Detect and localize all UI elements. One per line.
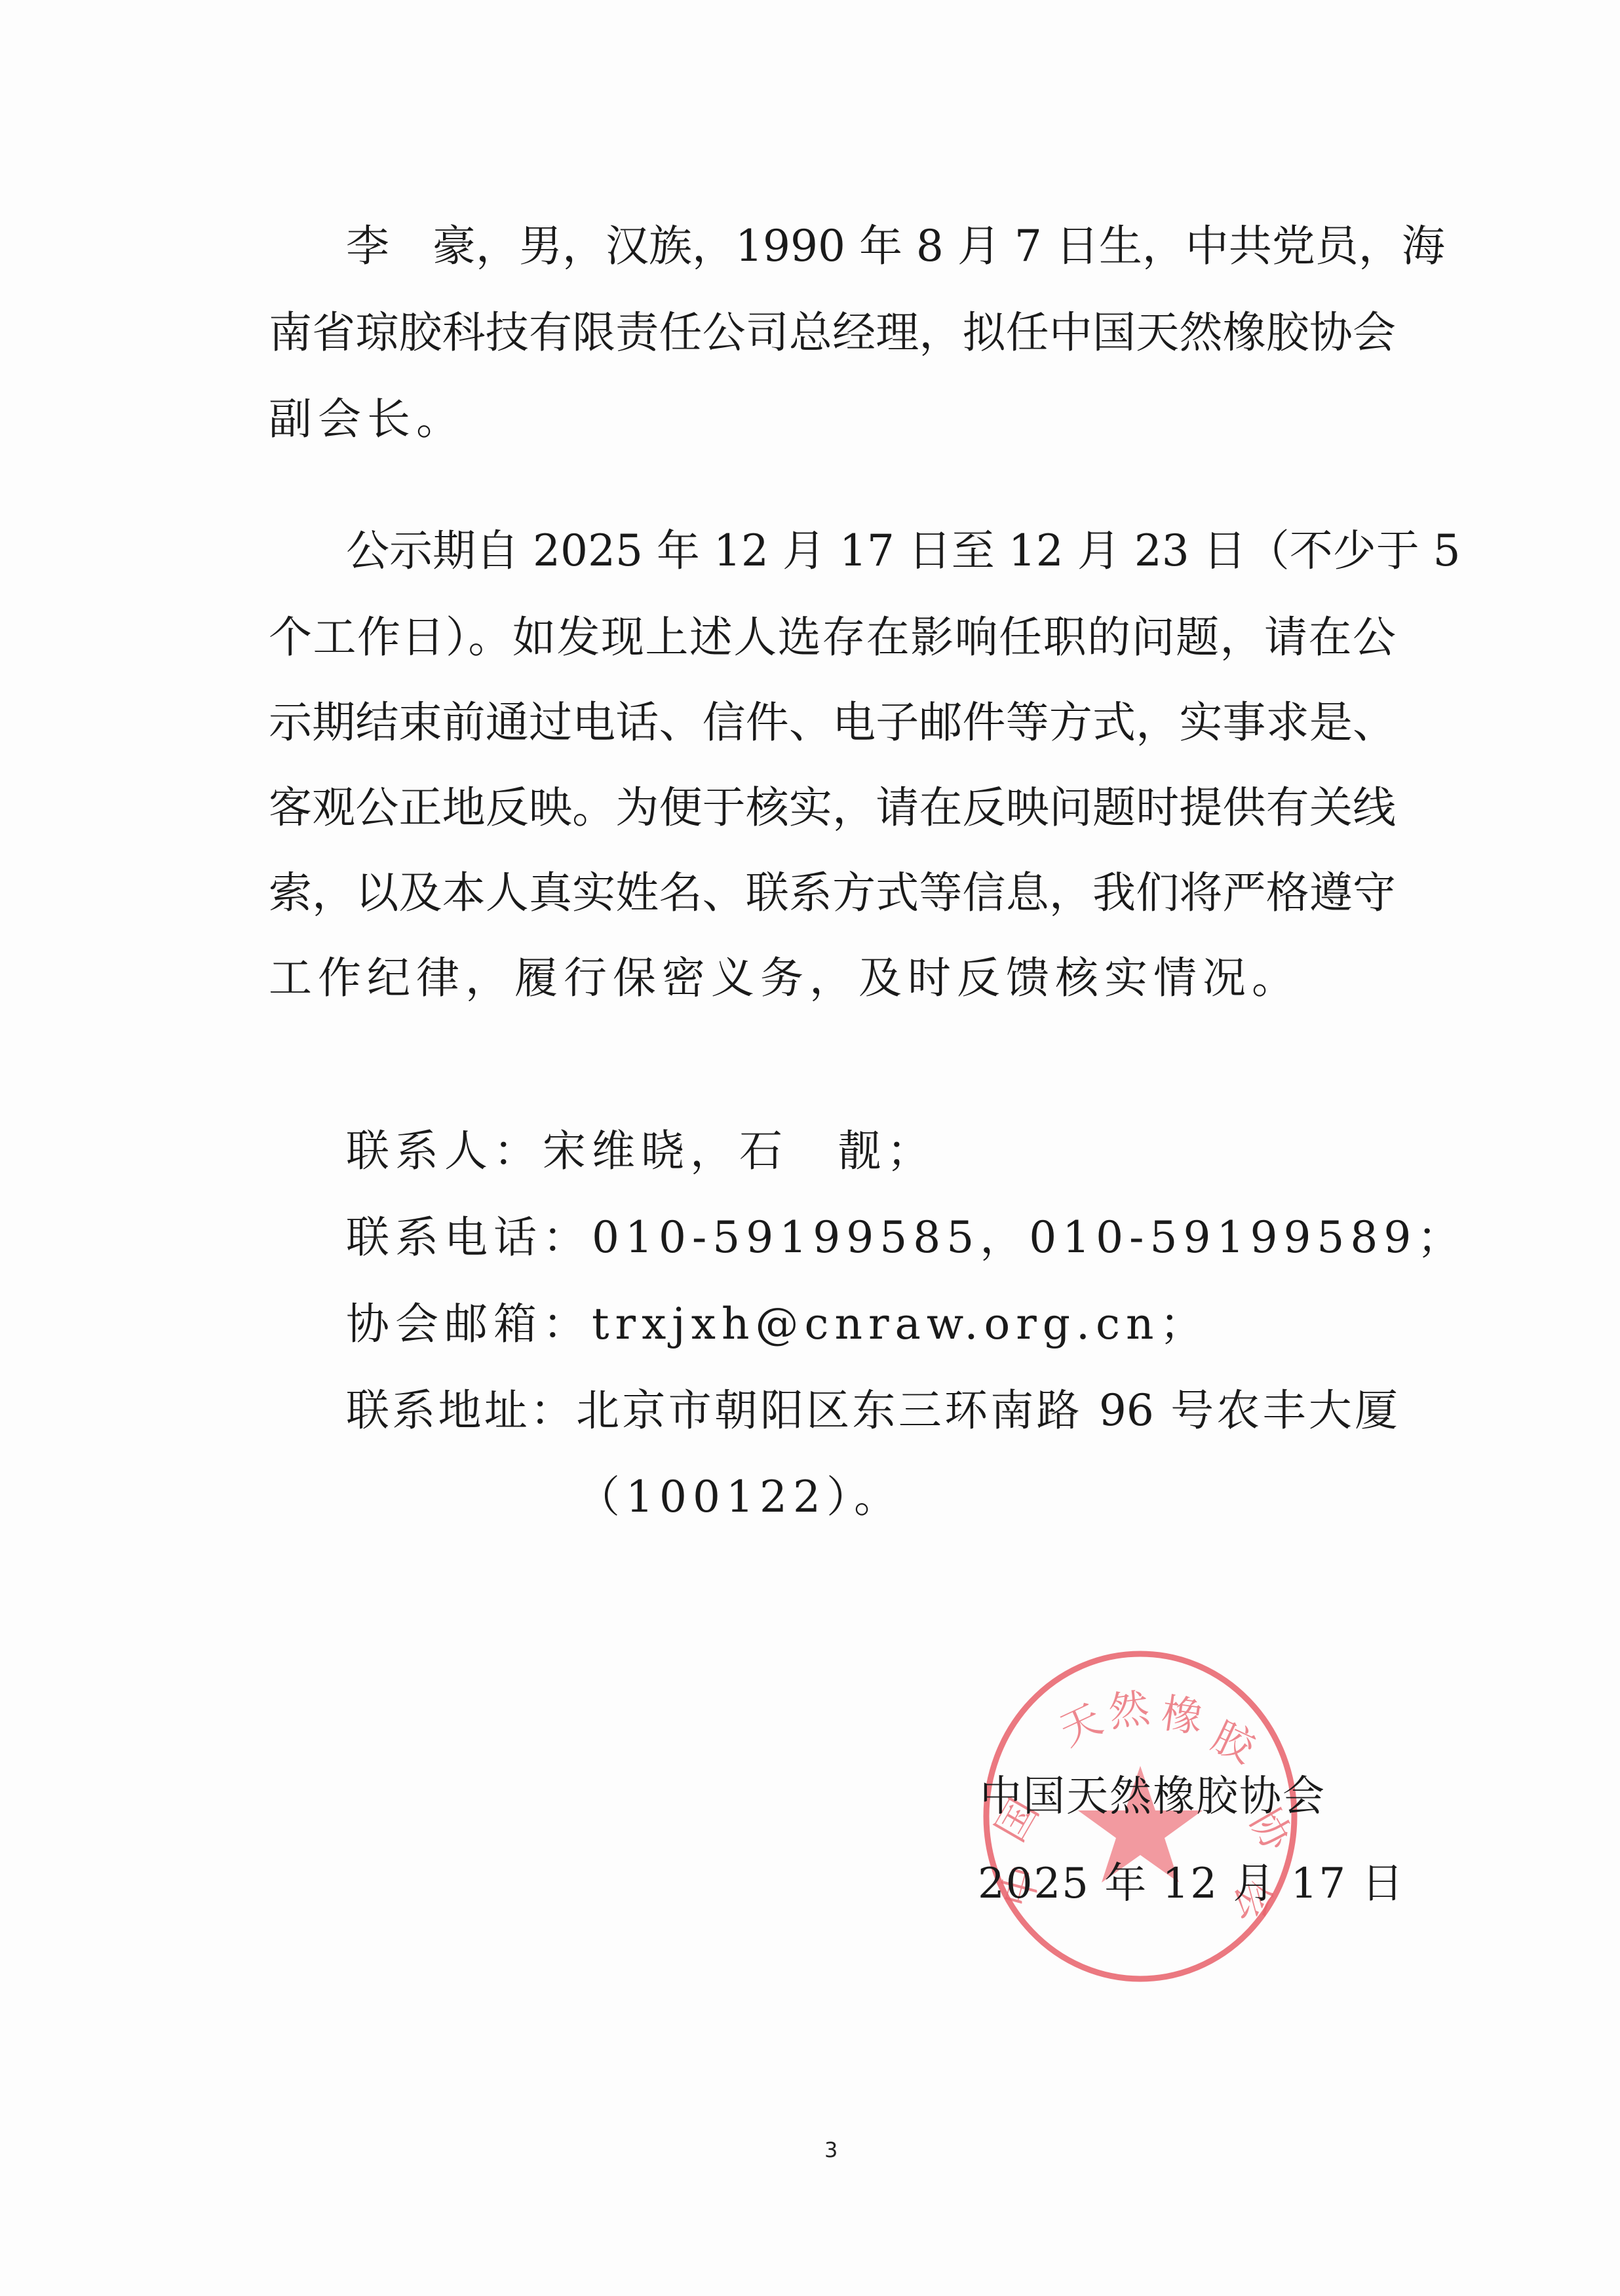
contact-email[interactable]: 协会邮箱：trxjxh@cnraw.org.cn； [346, 1303, 1208, 1346]
paragraph1-line-2: 南省琼胶科技有限责任公司总经理，拟任中国天然橡胶协会 [269, 311, 1396, 354]
signature-organization: 中国天然橡胶协会 [980, 1776, 1326, 1818]
signature-date: 2025 年 12 月 17 日 [978, 1863, 1404, 1905]
contact-address-line-2: （100122）。 [577, 1476, 903, 1519]
paragraph2-line-4: 客观公正地反映。为便于核实，请在反映问题时提供有关线 [269, 786, 1396, 830]
contact-address-line-1: 联系地址：北京市朝阳区东三环南路 96 号农丰大厦 [346, 1389, 1398, 1432]
document-page: 李 豪，男，汉族，1990 年 8 月 7 日生，中共党员，海 南省琼胶科技有限… [0, 0, 1620, 2296]
svg-text:橡: 橡 [1159, 1689, 1206, 1742]
paragraph2-line-6: 工作纪律，履行保密义务，及时反馈核实情况。 [269, 957, 1301, 1000]
paragraph1-line-3: 副会长。 [269, 398, 465, 441]
paragraph2-line-1: 公示期自 2025 年 12 月 17 日至 12 月 23 日（不少于 5 [346, 529, 1398, 573]
svg-text:天: 天 [1052, 1694, 1109, 1755]
paragraph2-line-5: 索，以及本人真实姓名、联系方式等信息，我们将严格遵守 [269, 871, 1396, 915]
paragraph2-line-2: 个工作日）。如发现上述人选存在影响任职的问题，请在公 [269, 616, 1396, 659]
page-number: 3 [824, 2137, 838, 2162]
contact-person: 联系人：宋维晓，石 靓； [346, 1130, 936, 1173]
paragraph2-line-3: 示期结束前通过电话、信件、电子邮件等方式，实事求是、 [269, 701, 1396, 744]
paragraph1-line-1: 李 豪，男，汉族，1990 年 8 月 7 日生，中共党员，海 [346, 225, 1398, 268]
contact-phone: 联系电话：010-59199585，010-59199589； [346, 1216, 1466, 1259]
svg-text:胶: 胶 [1205, 1712, 1263, 1772]
svg-text:然: 然 [1106, 1683, 1153, 1736]
